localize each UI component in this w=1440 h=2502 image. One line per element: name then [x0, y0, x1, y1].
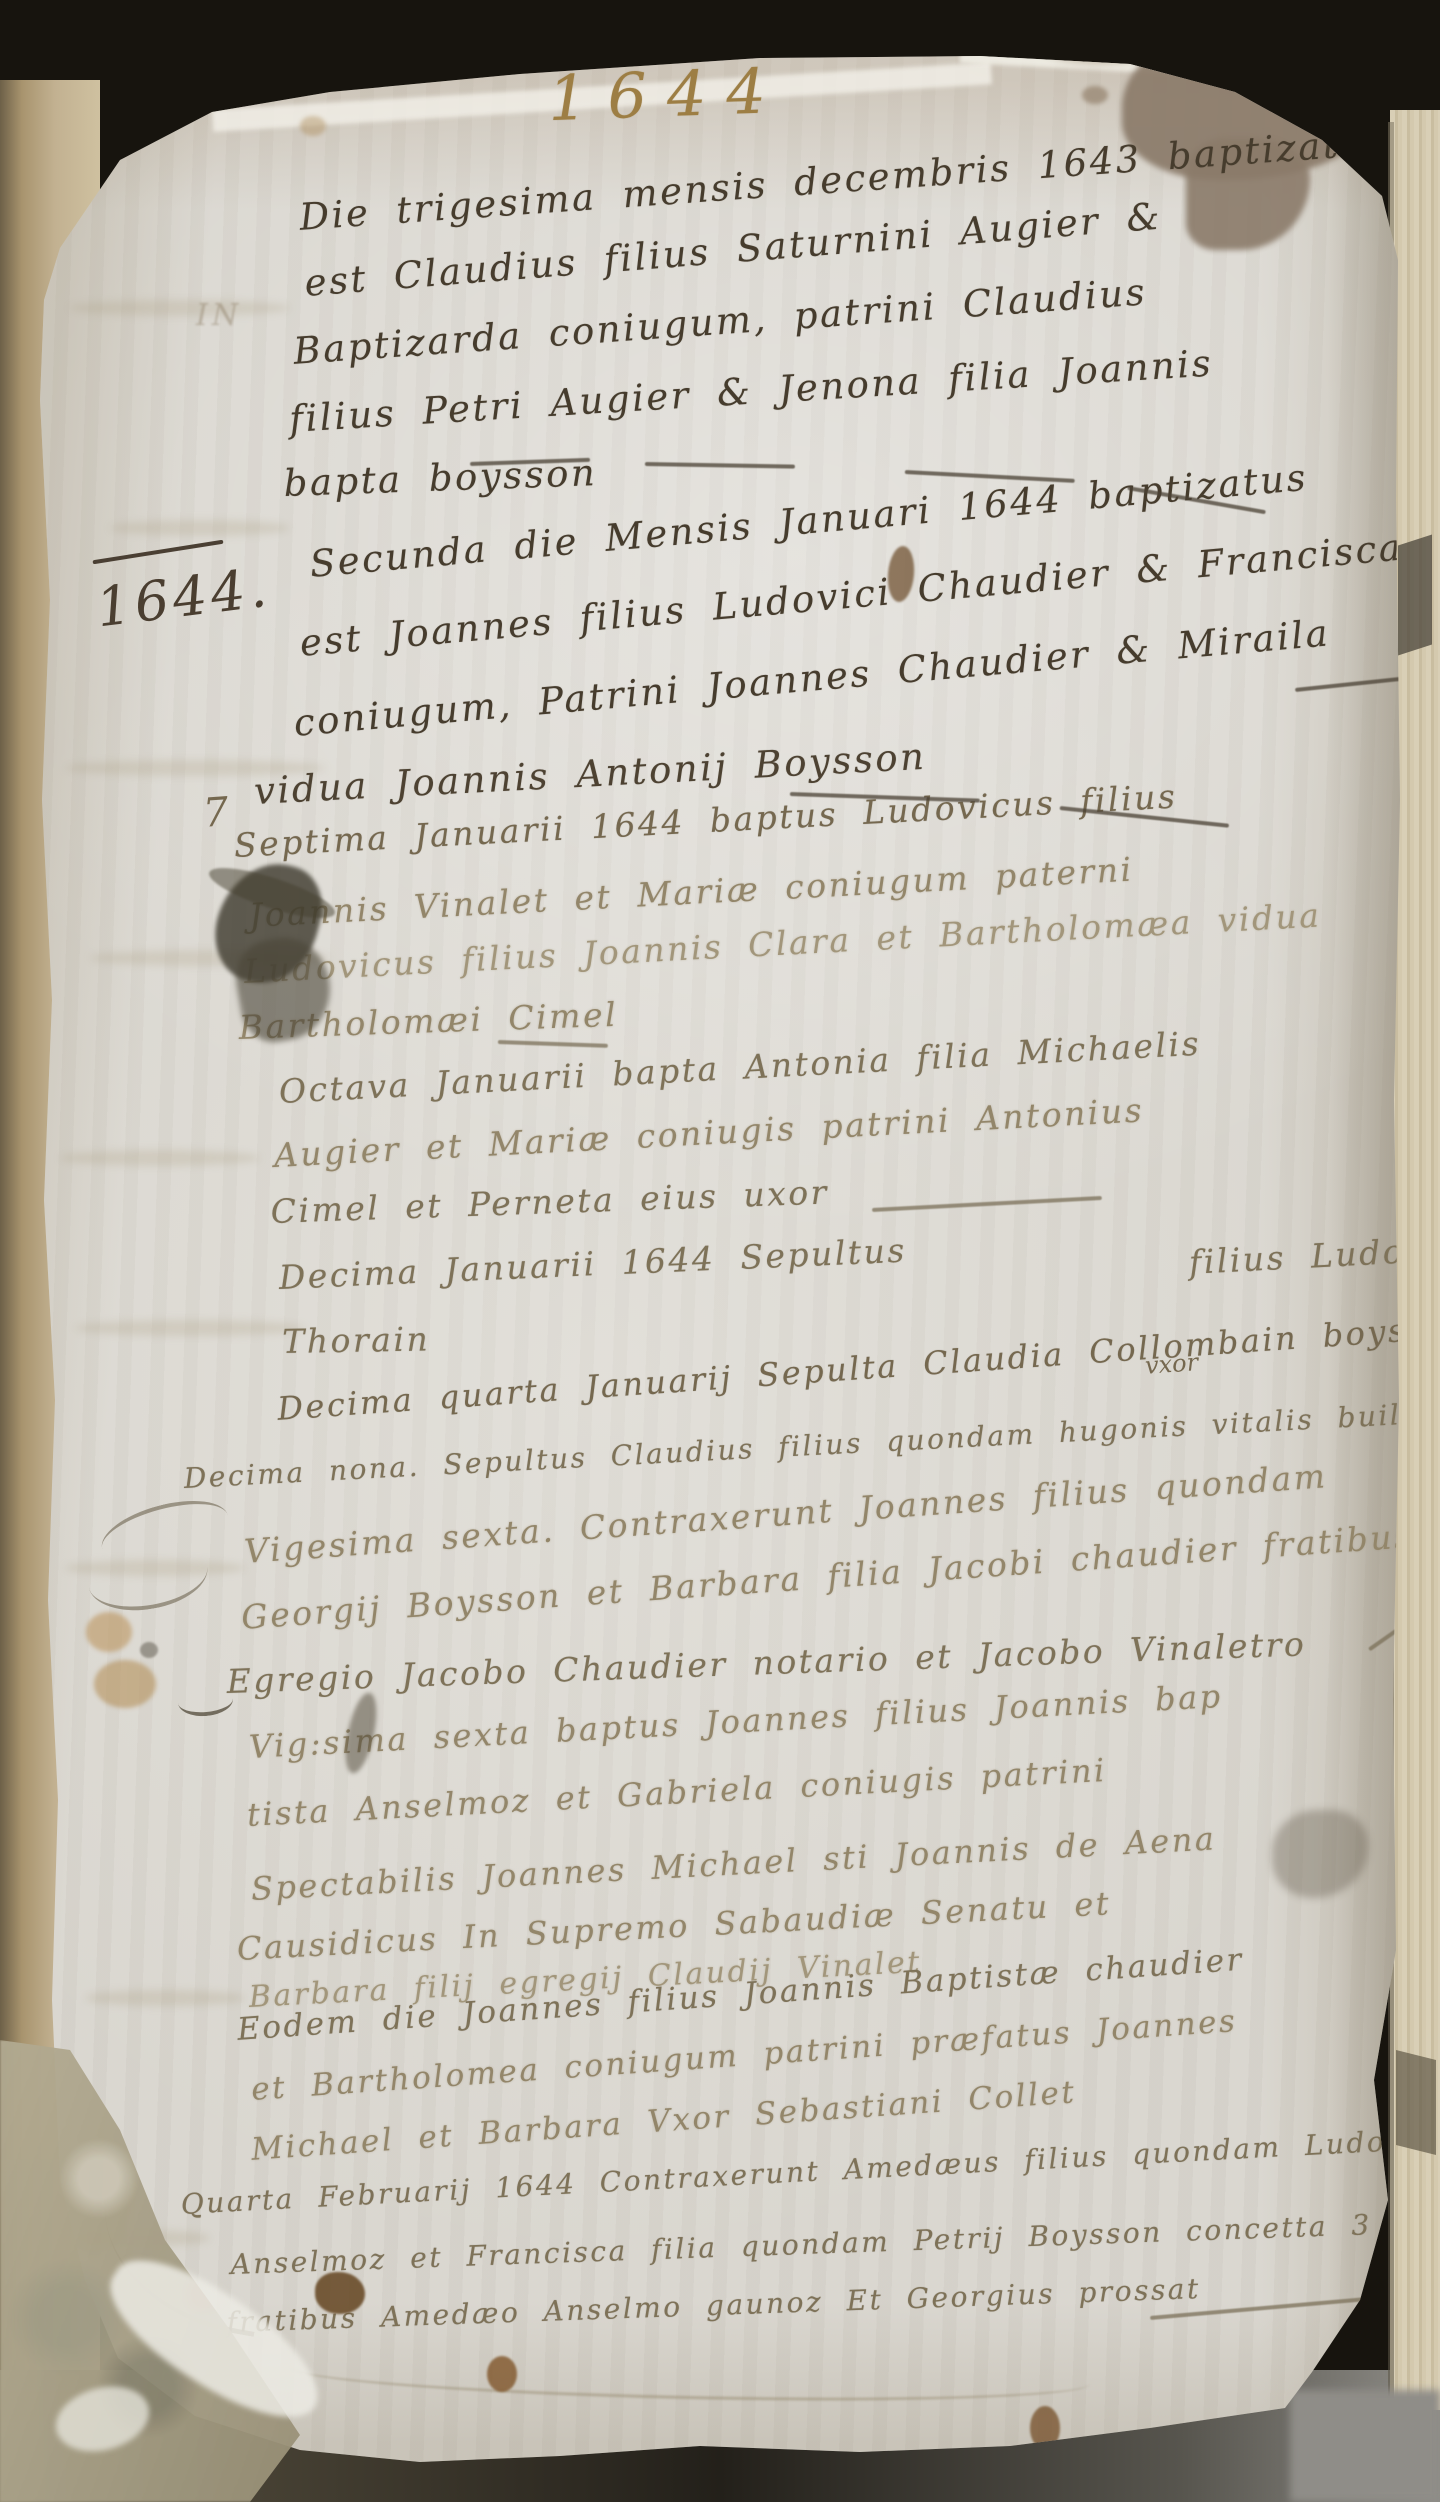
photo-of-parish-register: IN 1644 1644. 7 vxor Die trigesima mensi…	[0, 0, 1440, 2502]
register-entry-line: Thorain	[282, 1319, 431, 1361]
ghost-show-through	[85, 1990, 245, 2006]
margin-day-note: 7	[201, 789, 230, 837]
ghost-show-through	[75, 1320, 305, 1336]
brown-stain-spot	[315, 2272, 365, 2314]
ghost-show-through	[110, 520, 290, 536]
page-block-notch	[1398, 534, 1432, 655]
page-block-notch	[1396, 2050, 1436, 2155]
ghost-show-through	[60, 1150, 260, 1166]
background-corner	[1290, 2390, 1440, 2502]
flourish-dash	[645, 462, 795, 469]
flourish-dash	[872, 1196, 1102, 1212]
ghost-show-through	[70, 300, 290, 316]
flourish-dash	[498, 1040, 608, 1048]
register-entry-line: tista Anselmoz et Gabriela coniugis patr…	[246, 1751, 1108, 1834]
register-entry-line: Cimel et Perneta eius uxor	[270, 1173, 829, 1231]
brown-stain-spot	[487, 2356, 517, 2392]
register-entry-line: fratibus Amedæo Anselmo gaunoz Et Georgi…	[226, 2272, 1201, 2339]
show-through-text: IN	[196, 298, 242, 333]
faint-scratch-line	[290, 2344, 1091, 2408]
fox-spot	[94, 1660, 156, 1708]
margin-year-note: 1644.	[93, 556, 274, 640]
water-stain-edge	[1044, 30, 1154, 64]
water-stain-spot	[1082, 86, 1108, 104]
year-heading: 1644	[547, 54, 787, 135]
register-entry-line: Decima Januarii 1644 Sepultus	[278, 1231, 908, 1297]
fox-spot	[86, 1612, 132, 1652]
register-entry-line: Anselmoz et Francisca filia quondam Petr…	[230, 2208, 1372, 2281]
manuscript-page: IN 1644 1644. 7 vxor Die trigesima mensi…	[0, 0, 1440, 2502]
flourish-dash	[905, 470, 1075, 483]
fox-spot	[140, 1642, 158, 1658]
fox-spot	[300, 116, 326, 136]
flourish-curve	[177, 1684, 234, 1719]
margin-note-overline	[92, 540, 223, 565]
